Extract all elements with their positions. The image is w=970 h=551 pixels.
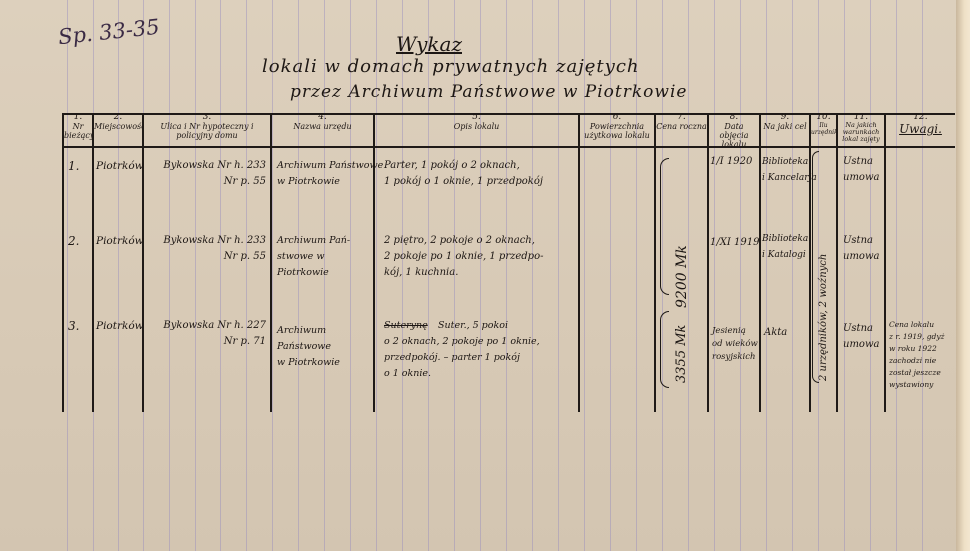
- brace-row-3: [660, 311, 669, 388]
- column-label: Data objęcia lokalu zajętego: [709, 122, 759, 146]
- column-number: 10.: [811, 113, 836, 122]
- document-title: Wykaz: [396, 34, 462, 54]
- column-label: Powierzchnia użytkowa lokalu: [580, 122, 654, 140]
- column-label: Nr bieżący: [64, 122, 92, 140]
- row-nr: 3.: [68, 318, 79, 334]
- column-header-remarks: 12. Uwagi.: [886, 113, 955, 146]
- row-place: Piotrków: [96, 318, 144, 334]
- row-date: 1/I 1920: [710, 154, 752, 170]
- column-number: 6.: [580, 113, 654, 122]
- column-number: 1.: [64, 113, 92, 122]
- price-row-3: 3355 Mk: [674, 325, 689, 383]
- column-label: Cena roczna: [656, 122, 707, 131]
- column-number: 7.: [656, 113, 707, 122]
- column-header-staff: 10. Ilu urzędników: [811, 113, 836, 146]
- column-header-street: 3. Ulica i Nr hypoteczny i policyjny dom…: [144, 113, 270, 146]
- column-number: 4.: [272, 113, 373, 122]
- row-purpose: Biblioteka i Katalogi: [762, 231, 808, 263]
- document-page: Sp. 33-35 Wykaz lokali w domach prywatny…: [0, 0, 958, 551]
- column-header-terms: 11. Na jakich warunkach lokal zajęty: [838, 113, 884, 146]
- row-description: Suter., 5 pokoi o 2 oknach, 2 pokoje po …: [384, 318, 540, 382]
- column-number: 3.: [144, 113, 270, 122]
- column-number: 8.: [709, 113, 759, 122]
- column-label: Ilu urzędników: [811, 122, 836, 136]
- column-label: Miejscowość: [94, 122, 142, 131]
- row-street: Bykowska Nr h. 233 Nr p. 55: [148, 233, 266, 265]
- price-rows-1-2: 9200 Mk: [674, 245, 690, 308]
- row-remarks: Cena lokalu z r. 1919, gdyż w roku 1922 …: [889, 319, 945, 391]
- row-terms: Ustna umowa: [843, 233, 879, 265]
- column-header-purpose: 9. Na jaki cel: [761, 113, 809, 146]
- row-description: Parter, 1 pokój o 2 oknach, 1 pokój o 1 …: [384, 158, 543, 190]
- row-nr: 1.: [68, 158, 79, 174]
- column-number: 12.: [886, 113, 955, 122]
- row-terms: Ustna umowa: [843, 154, 879, 186]
- row-purpose: Akta: [764, 325, 787, 341]
- premises-table: 1. Nr bieżący 2. Miejscowość 3. Ulica i …: [62, 113, 955, 412]
- column-label: Uwagi.: [886, 122, 955, 136]
- row-purpose: Biblioteka i Kancelarja: [762, 154, 817, 186]
- document-subtitle-line1: lokali w domach prywatnych zajętych: [262, 58, 640, 76]
- column-header-place: 2. Miejscowość: [94, 113, 142, 146]
- row-description: 2 piętro, 2 pokoje o 2 oknach, 2 pokoje …: [384, 233, 544, 281]
- column-header-price: 7. Cena roczna: [656, 113, 707, 146]
- brace-rows-1-2: [660, 158, 669, 295]
- column-header-description: 5. Opis lokalu: [375, 113, 578, 146]
- document-subtitle-line2: przez Archiwum Państwowe w Piotrkowie: [290, 84, 687, 101]
- column-header-area: 6. Powierzchnia użytkowa lokalu: [580, 113, 654, 146]
- column-label: Ulica i Nr hypoteczny i policyjny domu: [144, 122, 270, 140]
- column-number: 5.: [375, 113, 578, 122]
- column-label: Na jaki cel: [761, 122, 809, 131]
- row-place: Piotrków: [96, 158, 144, 174]
- page-edge: [956, 0, 970, 551]
- column-header-office: 4. Nazwa urzędu: [272, 113, 373, 146]
- row-street: Bykowska Nr h. 227 Nr p. 71: [148, 318, 266, 350]
- column-number: 9.: [761, 113, 809, 122]
- row-date: 1/XI 1919: [710, 235, 759, 251]
- row-office: Archiwum Państwowe w Piotrkowie: [277, 323, 340, 371]
- column-header-date: 8. Data objęcia lokalu zajętego: [709, 113, 759, 146]
- row-terms: Ustna umowa: [843, 321, 879, 353]
- signature-reference: Sp. 33-35: [57, 17, 160, 49]
- column-header-nr: 1. Nr bieżący: [64, 113, 92, 146]
- row-date: Jesienią od wieków rosyjskich: [712, 325, 758, 364]
- row-place: Piotrków: [96, 233, 144, 249]
- row-office: Archiwum Państwowe w Piotrkowie: [277, 158, 383, 190]
- column-number: 2.: [94, 113, 142, 122]
- column-label: Na jakich warunkach lokal zajęty: [838, 122, 884, 143]
- row-street: Bykowska Nr h. 233 Nr p. 55: [148, 158, 266, 190]
- row-nr: 2.: [68, 233, 79, 249]
- row-office: Archiwum Pań- stwowe w Piotrkowie: [277, 233, 350, 281]
- column-label: Opis lokalu: [375, 122, 578, 131]
- column-label: Nazwa urzędu: [272, 122, 373, 131]
- staff-count: 2 urzędników, 2 woźnych: [818, 254, 829, 381]
